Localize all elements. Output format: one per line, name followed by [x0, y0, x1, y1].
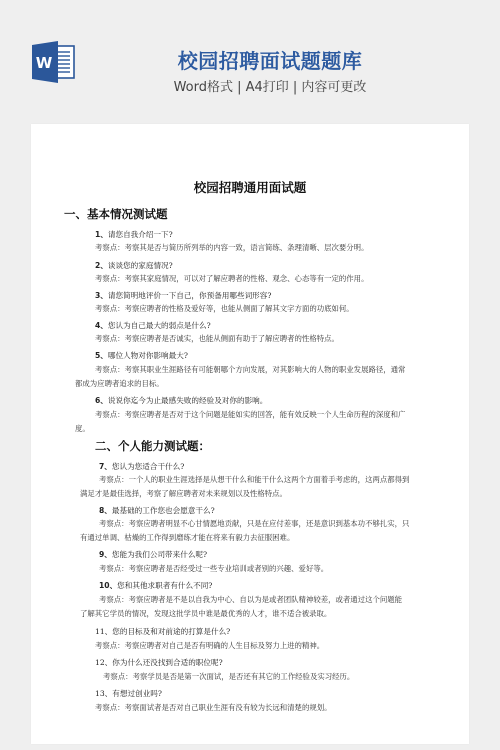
answer-12: 考察点：考察学员是否是第一次面试，是否还有其它的工作经验及实习经历。: [103, 669, 354, 685]
question-number: 10、: [99, 581, 117, 590]
question-9: 9、您能为我们公司带来什么呢?: [99, 549, 207, 560]
answer-6-line-2: 度。: [75, 421, 90, 437]
answer-2: 考察点：考察其家庭情况，可以对了解应聘者的性格、观念、心态等有一定的作用。: [95, 271, 368, 287]
question-number: 7、: [99, 462, 112, 471]
question-1: 1、请您自我介绍一下?: [95, 229, 173, 240]
answer-5-line-2: 都成为应聘者追求的目标。: [75, 376, 164, 392]
answer-10-line-2: 了解其它学员的情况，发现这批学员中谁是最优秀的人才，谁不适合被录取。: [80, 606, 331, 622]
header-title: 校园招聘面试题题库: [0, 45, 500, 74]
question-text: 最基础的工作您也会愿意干么?: [112, 506, 215, 515]
question-text: 您认为自己最大的弱点是什么?: [108, 321, 211, 330]
question-text: 请您简明地评价一下自己，你预备用哪些词形容?: [108, 291, 272, 300]
question-number: 4、: [95, 321, 108, 330]
question-text: 您能为我们公司带来什么呢?: [112, 550, 207, 559]
question-text: 您的目标及和对前途的打算是什么?: [112, 627, 230, 636]
answer-4: 考察点：考察应聘者是否诚实，也能从侧面有助于了解应聘者的性格特点。: [95, 331, 339, 347]
answer-6-line-1: 考察点：考察应聘者是否对于这个问题是能如实的回答，能有效反映一个人生命历程的深度…: [95, 407, 405, 423]
question-5: 5、哪位人物对你影响最大?: [95, 350, 188, 361]
document-page: 校园招聘通用面试题 一、基本情况测试题 1、请您自我介绍一下? 考察点：考察其是…: [31, 124, 469, 744]
document-title: 校园招聘通用面试题: [31, 178, 469, 196]
question-2: 2、谈谈您的家庭情况?: [95, 260, 173, 271]
answer-11: 考察点：考察应聘者对自己是否有明确的人生目标及努力上进的精神。: [95, 638, 324, 654]
question-4: 4、您认为自己最大的弱点是什么?: [95, 320, 211, 331]
banner-header: W 校园招聘面试题题库 Word格式 | A4打印 | 内容可更改: [0, 0, 500, 120]
question-10: 10、您和其他求职者有什么不同?: [99, 580, 212, 591]
answer-7-line-2: 满足才是最佳选择，考察了解应聘者对未来规划以及性格特点。: [80, 486, 287, 502]
question-text: 有想过创业吗?: [112, 689, 162, 698]
answer-13: 考察点：考察面试者是否对自己职业生涯有没有较为长远和清楚的规划。: [95, 700, 332, 716]
answer-8-line-2: 有通过单调、枯燥的工作得到磨练才能在将来有毅力去征服困难。: [80, 530, 294, 546]
question-13: 13、有想过创业吗?: [95, 688, 162, 699]
header-subtitle: Word格式 | A4打印 | 内容可更改: [0, 76, 500, 95]
question-number: 12、: [95, 658, 112, 667]
question-number: 3、: [95, 291, 108, 300]
question-text: 哪位人物对你影响最大?: [108, 351, 188, 360]
question-11: 11、您的目标及和对前途的打算是什么?: [95, 626, 230, 637]
section-heading-ability: 二、个人能力测试题：: [95, 438, 210, 454]
question-text: 谈谈您的家庭情况?: [108, 261, 173, 270]
question-number: 9、: [99, 550, 112, 559]
answer-3: 考察点：考察应聘者的性格及爱好等，也能从侧面了解其文字方面的功底如何。: [95, 301, 354, 317]
answer-9: 考察点：考察应聘者是否经受过一些专业培训或者别的兴趣、爱好等。: [99, 561, 328, 577]
question-number: 6、: [95, 396, 108, 405]
question-number: 2、: [95, 261, 108, 270]
question-text: 说说你迄今为止最感失败的经验及对你的影响。: [108, 396, 267, 405]
question-number: 1、: [95, 230, 108, 239]
section-heading-basic: 一、基本情况测试题: [64, 206, 168, 222]
question-6: 6、说说你迄今为止最感失败的经验及对你的影响。: [95, 395, 267, 406]
question-3: 3、请您简明地评价一下自己，你预备用哪些词形容?: [95, 290, 271, 301]
question-8: 8、最基础的工作您也会愿意干么?: [99, 505, 215, 516]
question-number: 11、: [95, 627, 112, 636]
question-text: 你为什么还没找到合适的职位呢?: [112, 658, 222, 667]
question-number: 13、: [95, 689, 112, 698]
question-12: 12、你为什么还没找到合适的职位呢?: [95, 657, 223, 668]
question-number: 5、: [95, 351, 108, 360]
question-text: 您认为您适合干什么?: [112, 462, 184, 471]
question-text: 请您自我介绍一下?: [108, 230, 173, 239]
question-number: 8、: [99, 506, 112, 515]
question-text: 您和其他求职者有什么不同?: [117, 581, 212, 590]
answer-1: 考察点：考察其是否与简历所列举的内容一致，语言简练、条理清晰、层次要分明。: [95, 240, 368, 256]
question-7: 7、您认为您适合干什么?: [99, 461, 184, 472]
